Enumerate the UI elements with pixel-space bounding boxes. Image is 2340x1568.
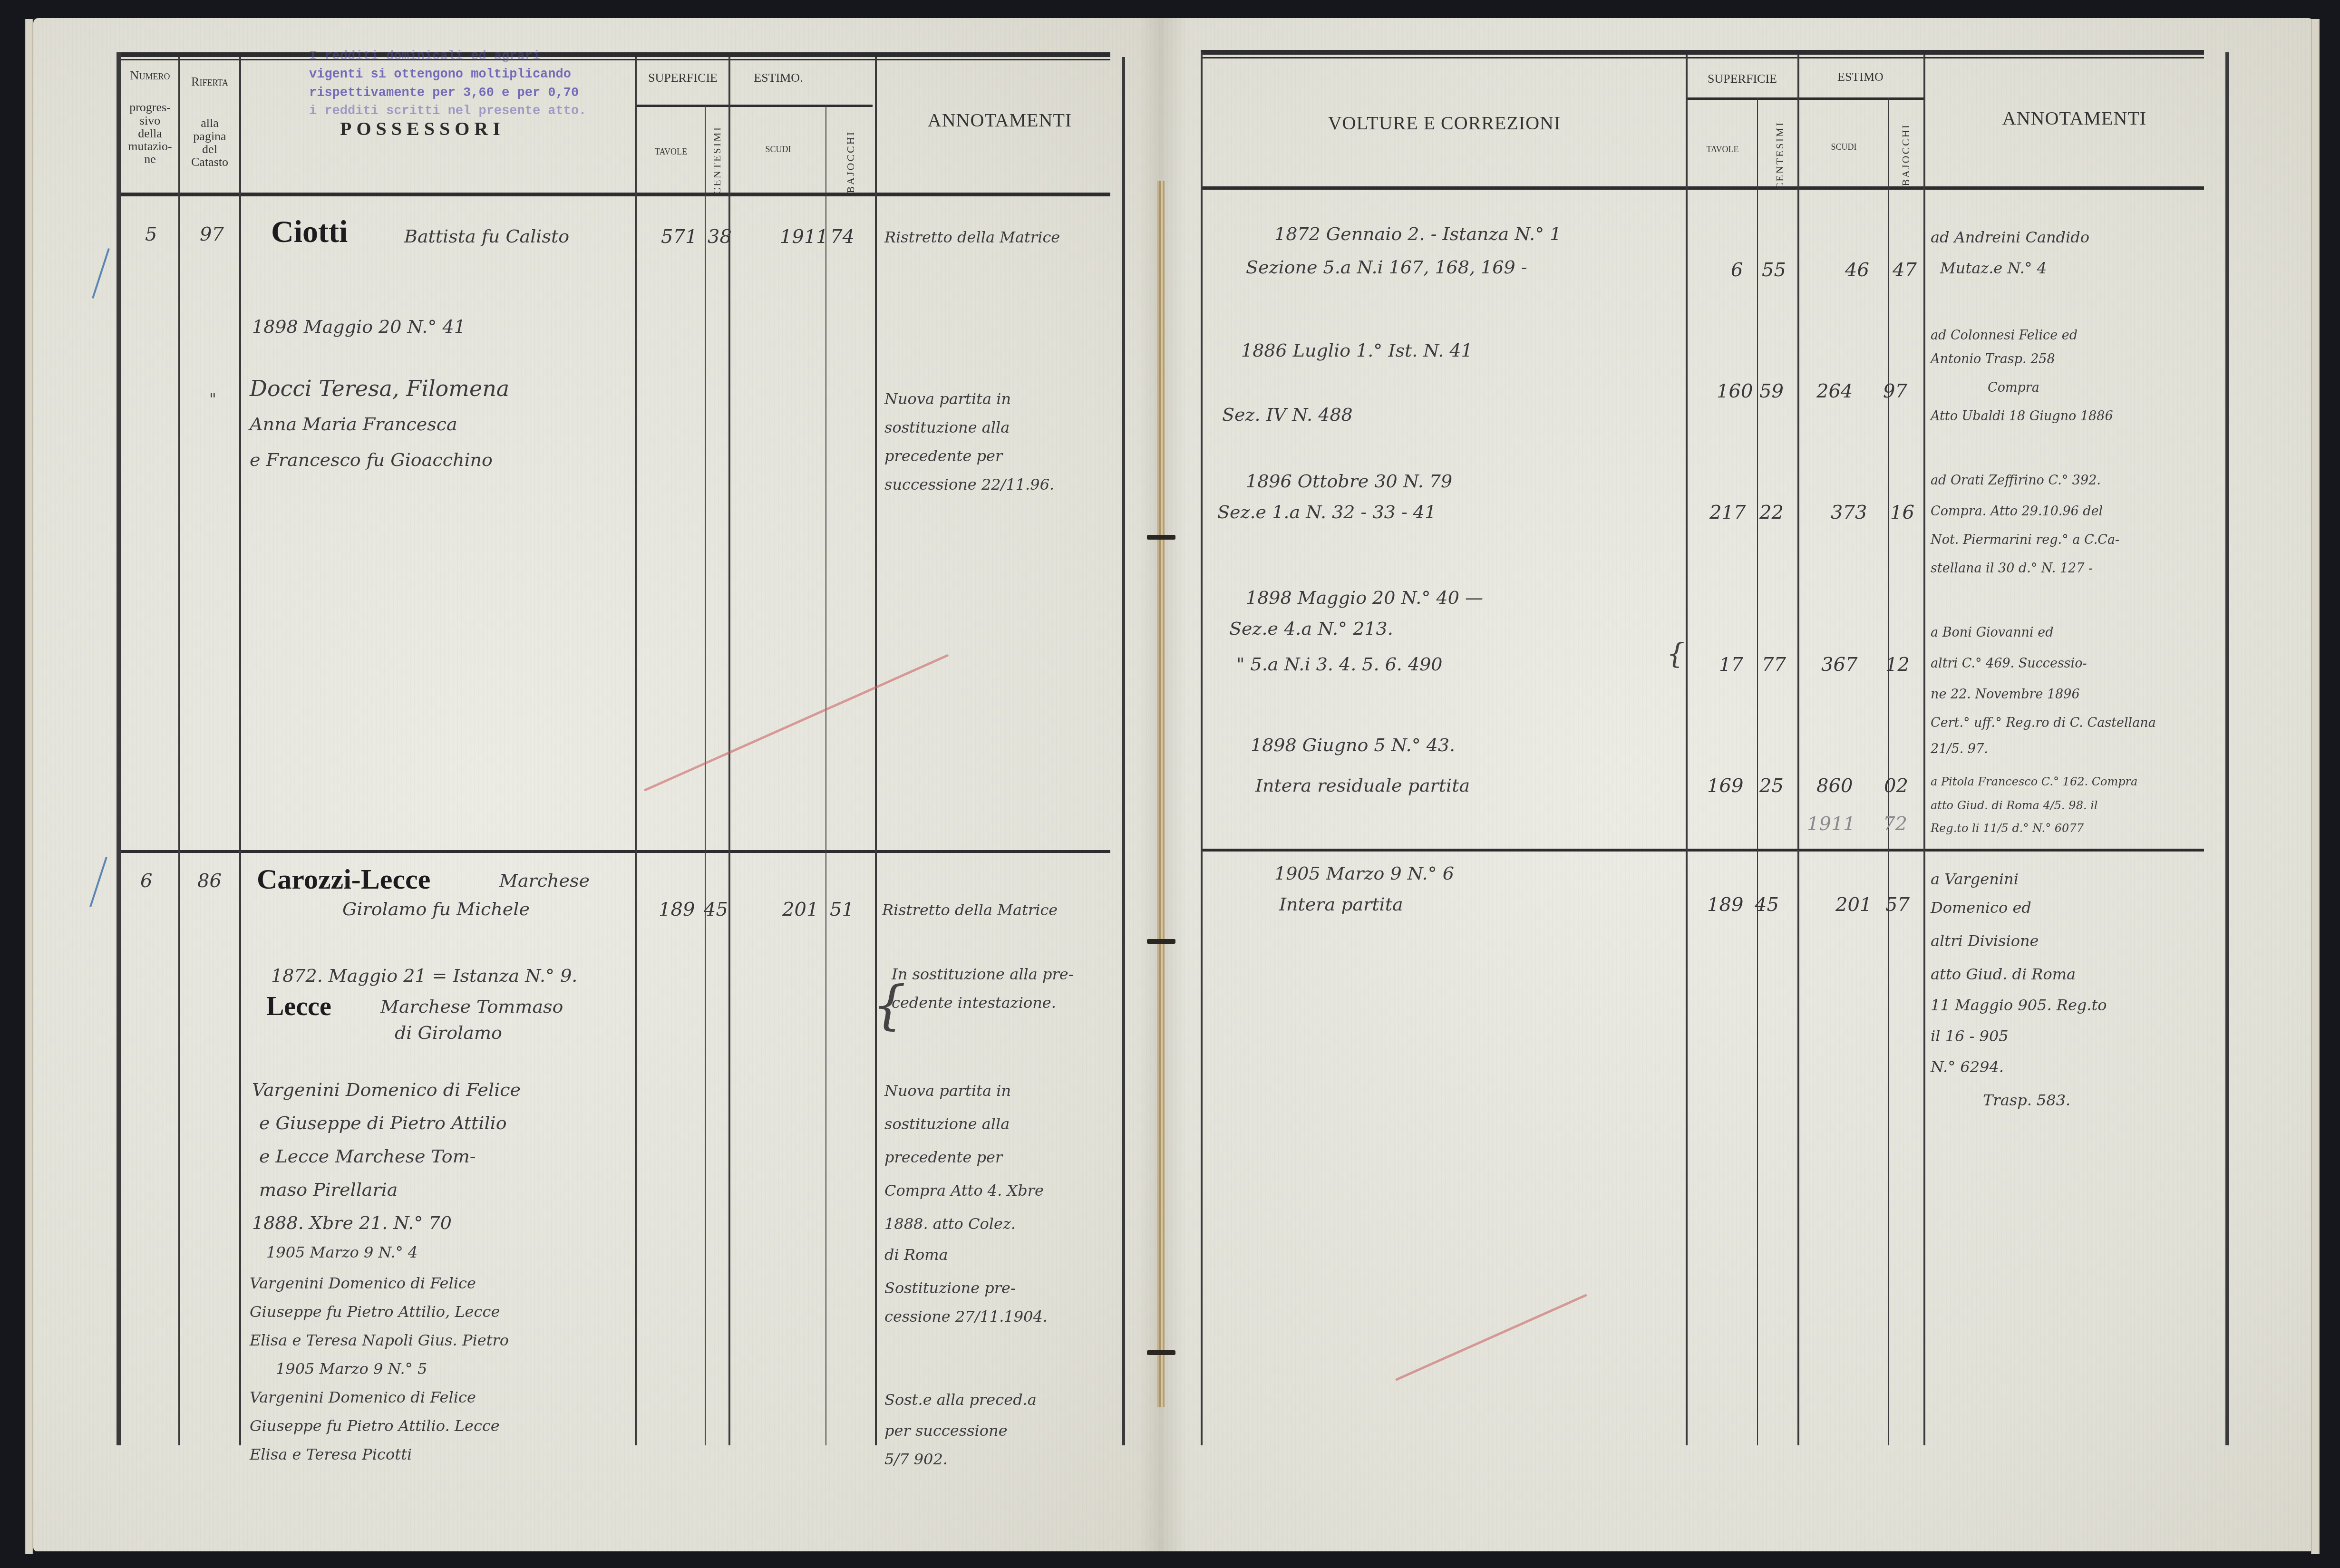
header-riferta-line: del [181, 143, 239, 155]
col-divider [875, 57, 877, 1445]
entry-sub-line: Giuseppe fu Pietro Attilio. Lecce [250, 1417, 500, 1435]
entry-numero: 6 [140, 870, 152, 892]
entry-sub-line: Vargenini Domenico di Felice [250, 1388, 476, 1406]
voltura-scudi: 264 [1816, 380, 1853, 402]
header-top-rule [1201, 50, 2204, 55]
header-annotamenti: ANNOTAMENTI [877, 110, 1122, 130]
entry-given: Girolamo fu Michele [342, 899, 530, 920]
entry-sub-line: 1888. Xbre 21. N.° 70 [252, 1212, 452, 1233]
col-divider [239, 57, 241, 1445]
entry-sub-annotamento: 1888. atto Colez. [884, 1215, 1016, 1233]
header-bajocchi: BAJOCCHI [845, 131, 857, 194]
header-numero-title: Numero [123, 69, 177, 82]
binding-thread [1148, 181, 1175, 1407]
binding-stitch [1147, 535, 1175, 540]
binding-stitch [1147, 1350, 1175, 1355]
entry-riferta: 86 [197, 870, 222, 892]
entry-sub-line: e Giuseppe di Pietro Attilio [259, 1113, 507, 1133]
voltura-tavole: 169 [1707, 775, 1743, 797]
ditto-mark: " [209, 390, 216, 408]
voltura-annotamento: a Pitola Francesco C.° 162. Compra [1931, 775, 2137, 788]
voltura-bajocchi: 16 [1890, 502, 1914, 523]
binding-stitch [1147, 939, 1175, 944]
entry-sub-given: di Girolamo [395, 1022, 502, 1043]
voltura-tavole: 17 [1719, 654, 1743, 676]
entry-annotamento: Ristretto della Matrice [884, 228, 1060, 246]
entry-sub-given: Marchese Tommaso [380, 996, 563, 1017]
col-divider-thin [1888, 97, 1889, 1445]
voltura-annotamento: Trasp. 583. [1983, 1091, 2070, 1109]
voltura-annotamento: Cert.° uff.° Reg.ro di C. Castellana [1931, 716, 2156, 730]
entry-scudi: 201 [782, 899, 818, 920]
page-edge-right [2311, 19, 2320, 1554]
voltura-tavole: 217 [1709, 502, 1746, 523]
voltura-annotamento: il 16 - 905 [1931, 1027, 2009, 1045]
header-riferta-title: Riferta [181, 75, 239, 88]
entry-divider [1201, 849, 2204, 852]
header-estimo: ESTIMO. [731, 71, 826, 84]
header-top-rule [117, 52, 1110, 57]
header-riferta-line: alla [181, 116, 239, 129]
header-riferta: Riferta alla pagina del Catasto [181, 75, 239, 168]
voltura-line: 1872 Gennaio 2. - Istanza N.° 1 [1274, 223, 1561, 244]
voltura-annotamento: Compra [1988, 380, 2039, 395]
entry-sub-annotamento: sostituzione alla [884, 1115, 1010, 1133]
entry-sub-annotamento: precedente per [884, 1148, 1002, 1166]
voltura-annotamento: atto Giud. di Roma [1931, 965, 2076, 983]
frame-right [1122, 57, 1125, 1445]
col-divider-thin [1757, 97, 1758, 1445]
frame-right [2225, 52, 2229, 1445]
entry-sub-line: e Francesco fu Gioacchino [250, 449, 493, 470]
voltura-line: Intera partita [1279, 894, 1403, 915]
voltura-scudi: 373 [1831, 502, 1867, 523]
voltura-scudi: 46 [1845, 259, 1869, 281]
voltura-annotamento: ad Colonnesi Felice ed [1931, 328, 2078, 343]
col-divider [1686, 55, 1688, 1445]
header-scudi: SCUDI [1800, 143, 1888, 152]
frame-left [1201, 52, 1203, 1445]
entry-sub-line: Giuseppe fu Pietro Attilio, Lecce [250, 1303, 500, 1321]
voltura-bajocchi: 12 [1885, 654, 1910, 676]
entry-sub-line: e Lecce Marchese Tom- [259, 1146, 476, 1167]
voltura-annotamento: Antonio Trasp. 258 [1931, 352, 2055, 367]
entry-sub-date: 1898 Maggio 20 N.° 41 [252, 316, 466, 337]
header-bottom-rule [117, 193, 1110, 196]
entry-sub-annotamento: di Roma [884, 1246, 948, 1264]
voltura-line: Sez. IV N. 488 [1222, 404, 1353, 425]
entry-sub-annotamento: successione 22/11.96. [884, 475, 1054, 494]
col-divider-thin [705, 105, 706, 1445]
entry-sub-line: Vargenini Domenico di Felice [250, 1274, 476, 1292]
voltura-annotamento: altri C.° 469. Successio- [1931, 656, 2087, 671]
voltura-annotamento: 11 Maggio 905. Reg.to [1931, 996, 2107, 1014]
entry-given: Battista fu Calisto [404, 226, 569, 247]
header-annotamenti: ANNOTAMENTI [1926, 108, 2223, 128]
stamp-line: rispettivamente per 3,60 e per 0,70 [309, 84, 586, 102]
voltura-annotamento: atto Giud. di Roma 4/5. 98. il [1931, 799, 2098, 812]
entry-sub-date: 1872. Maggio 21 = Istanza N.° 9. [271, 965, 577, 986]
voltura-bajocchi: 97 [1883, 380, 1907, 402]
header-possessori: POSSESSORI [340, 117, 505, 140]
stamp-line: vigenti si ottengono moltiplicando [309, 66, 586, 84]
voltura-centesimi: 59 [1759, 380, 1784, 402]
voltura-bajocchi: 47 [1893, 259, 1917, 281]
header-numero-line: sivo [123, 114, 177, 127]
header-numero-line: della [123, 127, 177, 140]
voltura-annotamento: a Boni Giovanni ed [1931, 625, 2053, 640]
voltura-annotamento: ad Andreini Candido [1931, 228, 2089, 246]
voltura-line: Sez.e 4.a N.° 213. [1229, 618, 1393, 639]
entry-sub-line: maso Pirellaria [259, 1179, 398, 1200]
voltura-line: Intera residuale partita [1255, 775, 1470, 796]
entry-sub-annotamento: Sostituzione pre- [884, 1279, 1016, 1297]
col-divider [1923, 55, 1925, 1445]
voltura-annotamento: Not. Piermarini reg.° a C.Ca- [1931, 532, 2119, 547]
entry-centesimi: 38 [708, 226, 732, 248]
entry-sub-line: Vargenini Domenico di Felice [252, 1079, 521, 1100]
header-bajocchi: BAJOCCHI [1900, 124, 1912, 186]
header-riferta-line: Catasto [181, 155, 239, 168]
entry-given: Marchese [499, 870, 590, 891]
voltura-bajocchi: 02 [1884, 775, 1908, 797]
entry-riferta: 97 [200, 223, 224, 245]
voltura-centesimi: 45 [1755, 894, 1779, 916]
entry-sub-annotamento: per successione [884, 1422, 1008, 1440]
header-numero-line: ne [123, 153, 177, 165]
voltura-tavole: 189 [1707, 894, 1743, 916]
header-scudi: SCUDI [731, 145, 825, 154]
voltura-line: 1896 Ottobre 30 N. 79 [1246, 471, 1452, 492]
header-bottom-rule [1201, 186, 2204, 190]
header-riferta-line: pagina [181, 130, 239, 143]
voltura-annotamento: Domenico ed [1931, 899, 2031, 917]
frame-left [117, 52, 121, 1445]
voltura-line: 1898 Giugno 5 N.° 43. [1251, 735, 1455, 755]
entry-sub-annotamento: Nuova partita in [884, 390, 1011, 408]
entry-sub-line: Elisa e Teresa Picotti [250, 1445, 412, 1463]
col-divider [1797, 55, 1799, 1445]
voltura-annotamento: N.° 6294. [1931, 1058, 2004, 1076]
voltura-centesimi: 25 [1759, 775, 1784, 797]
voltura-scudi: 201 [1835, 894, 1872, 916]
voltura-annotamento: stellana il 30 d.° N. 127 - [1931, 561, 2093, 576]
entry-centesimi: 45 [704, 899, 728, 920]
header-numero-line: mutazio- [123, 140, 177, 153]
header-centesimi: CENTESIMI [1774, 121, 1786, 190]
col-divider [635, 57, 637, 1445]
voltura-tavole: 6 [1731, 259, 1743, 281]
header-top-rule-thin [117, 59, 1110, 60]
entry-sub-annotamento: cessione 27/11.1904. [884, 1307, 1048, 1326]
entry-sub-line: 1905 Marzo 9 N.° 4 [266, 1243, 418, 1261]
voltura-annotamento: a Vargenini [1931, 870, 2019, 888]
col-divider [178, 57, 180, 1445]
voltura-annotamento: ad Orati Zeffirino C.° 392. [1931, 473, 2101, 488]
entry-annotamento: Ristretto della Matrice [882, 901, 1058, 919]
voltura-total-bajocchi: 72 [1883, 813, 1907, 835]
entry-divider [117, 850, 1110, 853]
voltura-centesimi: 55 [1762, 259, 1786, 281]
voltura-annotamento: ne 22. Novembre 1896 [1931, 687, 2080, 702]
header-superficie: SUPERFICIE [1688, 72, 1796, 85]
voltura-total-scudi: 1911 [1807, 813, 1855, 835]
stamp-line: I redditi dominicali ed agrari [309, 48, 586, 66]
entry-sub-annotamento: precedente per [884, 447, 1002, 465]
entry-sub-line: Elisa e Teresa Napoli Gius. Pietro [250, 1331, 509, 1349]
voltura-line: Sez.e 1.a N. 32 - 33 - 41 [1217, 502, 1436, 523]
entry-sub-annotamento: sostituzione alla [884, 418, 1010, 436]
header-numero: Numero progres- sivo della mutazio- ne [123, 69, 177, 166]
entry-sub-annotamento: Compra Atto 4. Xbre [884, 1181, 1044, 1200]
entry-sub-annotamento: Sost.e alla preced.a [884, 1391, 1037, 1409]
header-centesimi: CENTESIMI [711, 126, 723, 194]
entry-tavole: 571 [661, 226, 697, 248]
voltura-line: 1905 Marzo 9 N.° 6 [1274, 863, 1454, 884]
entry-sub-annotamento: In sostituzione alla pre- [892, 965, 1074, 983]
entry-surname: Carozzi-Lecce [257, 863, 430, 896]
subheader-rule [635, 105, 873, 107]
voltura-line: 1886 Luglio 1.° Ist. N. 41 [1241, 340, 1473, 361]
voltura-line: Sezione 5.a N.i 167, 168, 169 - [1246, 257, 1527, 278]
voltura-annotamento: altri Divisione [1931, 932, 2039, 950]
header-tavole: TAVOLE [1688, 145, 1757, 154]
entry-sub-annotamento: 5/7 902. [884, 1450, 948, 1468]
entry-surname: Ciotti [271, 214, 348, 250]
entry-bajocchi: 51 [830, 899, 854, 920]
entry-sub-annotamento: cedente intestazione. [892, 994, 1056, 1012]
voltura-centesimi: 22 [1759, 502, 1784, 523]
entry-tavole: 189 [659, 899, 695, 920]
header-numero-line: progres- [123, 101, 177, 114]
col-divider-thin [825, 105, 826, 1445]
entry-sub-line: Anna Maria Francesca [250, 414, 457, 435]
header-superficie: SUPERFICIE [637, 71, 728, 84]
entry-scudi: 1911 [780, 226, 828, 248]
voltura-annotamento: Compra. Atto 29.10.96 del [1931, 504, 2103, 519]
page-edge-left [25, 19, 33, 1554]
header-tavole: TAVOLE [637, 147, 705, 156]
header-top-rule-thin [1201, 57, 2204, 58]
voltura-scudi: 367 [1821, 654, 1857, 676]
brace: { [1667, 637, 1685, 670]
entry-bajocchi: 74 [830, 226, 854, 248]
entry-sub-annotamento: Nuova partita in [884, 1082, 1011, 1100]
voltura-scudi: 860 [1816, 775, 1853, 797]
entry-sub-line: Docci Teresa, Filomena [250, 376, 509, 401]
ink-stamp: I redditi dominicali ed agrari vigenti s… [309, 48, 586, 120]
entry-sub-line: 1905 Marzo 9 N.° 5 [276, 1360, 427, 1378]
voltura-line: 1898 Maggio 20 N.° 40 — [1246, 587, 1483, 608]
voltura-annotamento: Reg.to li 11/5 d.° N.° 6077 [1931, 822, 2084, 835]
voltura-line: " 5.a N.i 3. 4. 5. 6. 490 [1236, 654, 1443, 675]
voltura-tavole: 160 [1717, 380, 1753, 402]
voltura-centesimi: 77 [1762, 654, 1786, 676]
header-volture: VOLTURE E CORREZIONI [1205, 113, 1683, 133]
voltura-annotamento: Atto Ubaldi 18 Giugno 1886 [1931, 409, 2113, 424]
entry-numero: 5 [145, 223, 157, 245]
voltura-annotamento: Mutaz.e N.° 4 [1940, 259, 2047, 277]
entry-sub-surname: Lecce [266, 991, 331, 1022]
voltura-bajocchi: 57 [1885, 894, 1910, 916]
header-estimo: ESTIMO [1800, 70, 1921, 83]
voltura-annotamento: 21/5. 97. [1931, 742, 1988, 756]
